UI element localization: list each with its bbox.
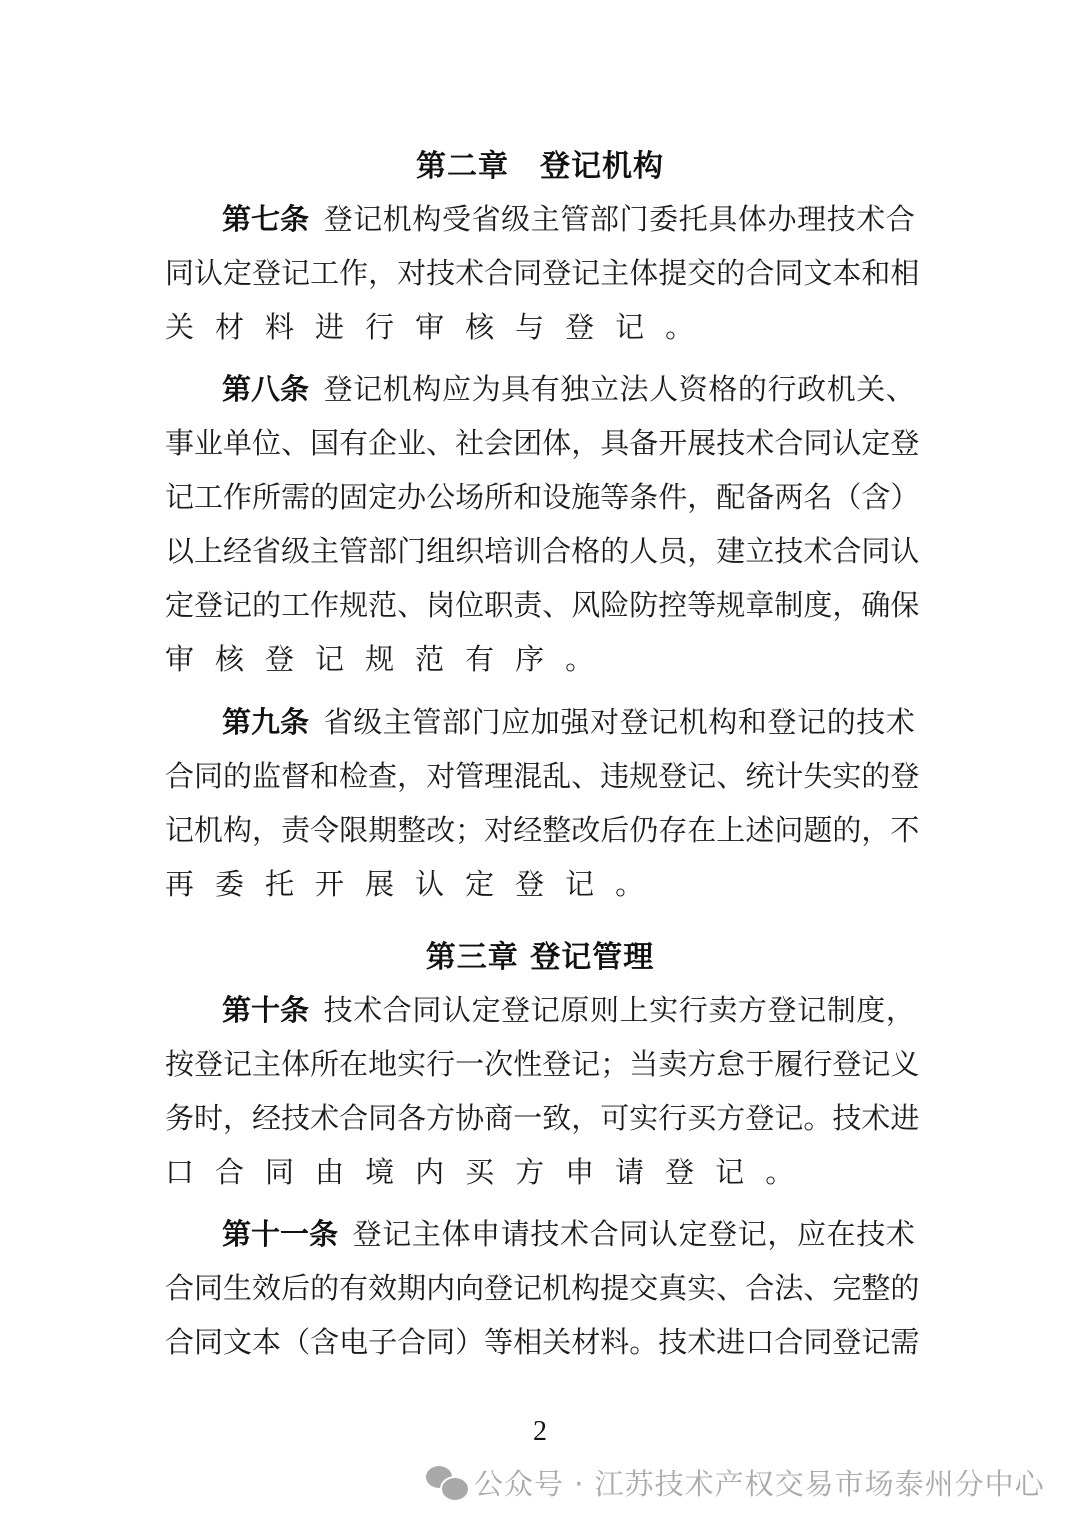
account-watermark: 公众号 · 江苏技术产权交易市场泰州分中心 <box>426 1462 1045 1503</box>
article-line: 第七条登记机构受省级主管部门委托具体办理技术合 <box>222 199 915 239</box>
article-line: 记机构，责令限期整改；对经整改后仍存在上述问题的，不 <box>165 810 915 850</box>
article-line: 合同文本（含电子合同）等相关材料。技术进口合同登记需 <box>165 1322 915 1362</box>
article-label: 第九条 <box>222 702 309 742</box>
article-label: 第十条 <box>222 990 309 1030</box>
article-line: 记工作所需的固定办公场所和设施等条件，配备两名（含） <box>165 477 915 517</box>
article-line: 事业单位、国有企业、社会团体，具备开展技术合同认定登 <box>165 423 915 463</box>
article-line: 口合同由境内买方申请登记。 <box>165 1152 915 1192</box>
article-label: 第八条 <box>222 369 309 409</box>
article-line: 以上经省级主管部门组织培训合格的人员，建立技术合同认 <box>165 531 915 571</box>
article-line: 再委托开展认定登记。 <box>165 864 915 904</box>
chapter-3-heading: 第三章 登记管理 <box>0 932 1080 976</box>
article-line: 审核登记规范有序。 <box>165 639 915 679</box>
article-line: 务时，经技术合同各方协商一致，可实行买方登记。技术进 <box>165 1098 915 1138</box>
article-line: 合同的监督和检查，对管理混乱、违规登记、统计失实的登 <box>165 756 915 796</box>
article-label: 第七条 <box>222 199 309 239</box>
article-line: 第十条技术合同认定登记原则上实行卖方登记制度， <box>222 990 915 1030</box>
watermark-text: 公众号 · 江苏技术产权交易市场泰州分中心 <box>474 1462 1045 1503</box>
article-line: 定登记的工作规范、岗位职责、风险防控等规章制度，确保 <box>165 585 915 625</box>
article-line: 按登记主体所在地实行一次性登记；当卖方怠于履行登记义 <box>165 1044 915 1084</box>
article-line: 第八条登记机构应为具有独立法人资格的行政机关、 <box>222 369 915 409</box>
page-number: 2 <box>0 1416 1080 1448</box>
chapter-2-heading: 第二章 登记机构 <box>0 141 1080 185</box>
document-page: 第二章 登记机构 第三章 登记管理 第七条登记机构受省级主管部门委托具体办理技术… <box>0 0 1080 1527</box>
article-line: 合同生效后的有效期内向登记机构提交真实、合法、完整的 <box>165 1268 915 1308</box>
wechat-icon <box>426 1466 466 1500</box>
article-label: 第十一条 <box>222 1214 338 1254</box>
article-line: 第十一条登记主体申请技术合同认定登记，应在技术 <box>222 1214 915 1254</box>
article-line: 第九条省级主管部门应加强对登记机构和登记的技术 <box>222 702 915 742</box>
article-line: 同认定登记工作，对技术合同登记主体提交的合同文本和相 <box>165 253 915 293</box>
article-line: 关材料进行审核与登记。 <box>165 307 915 347</box>
